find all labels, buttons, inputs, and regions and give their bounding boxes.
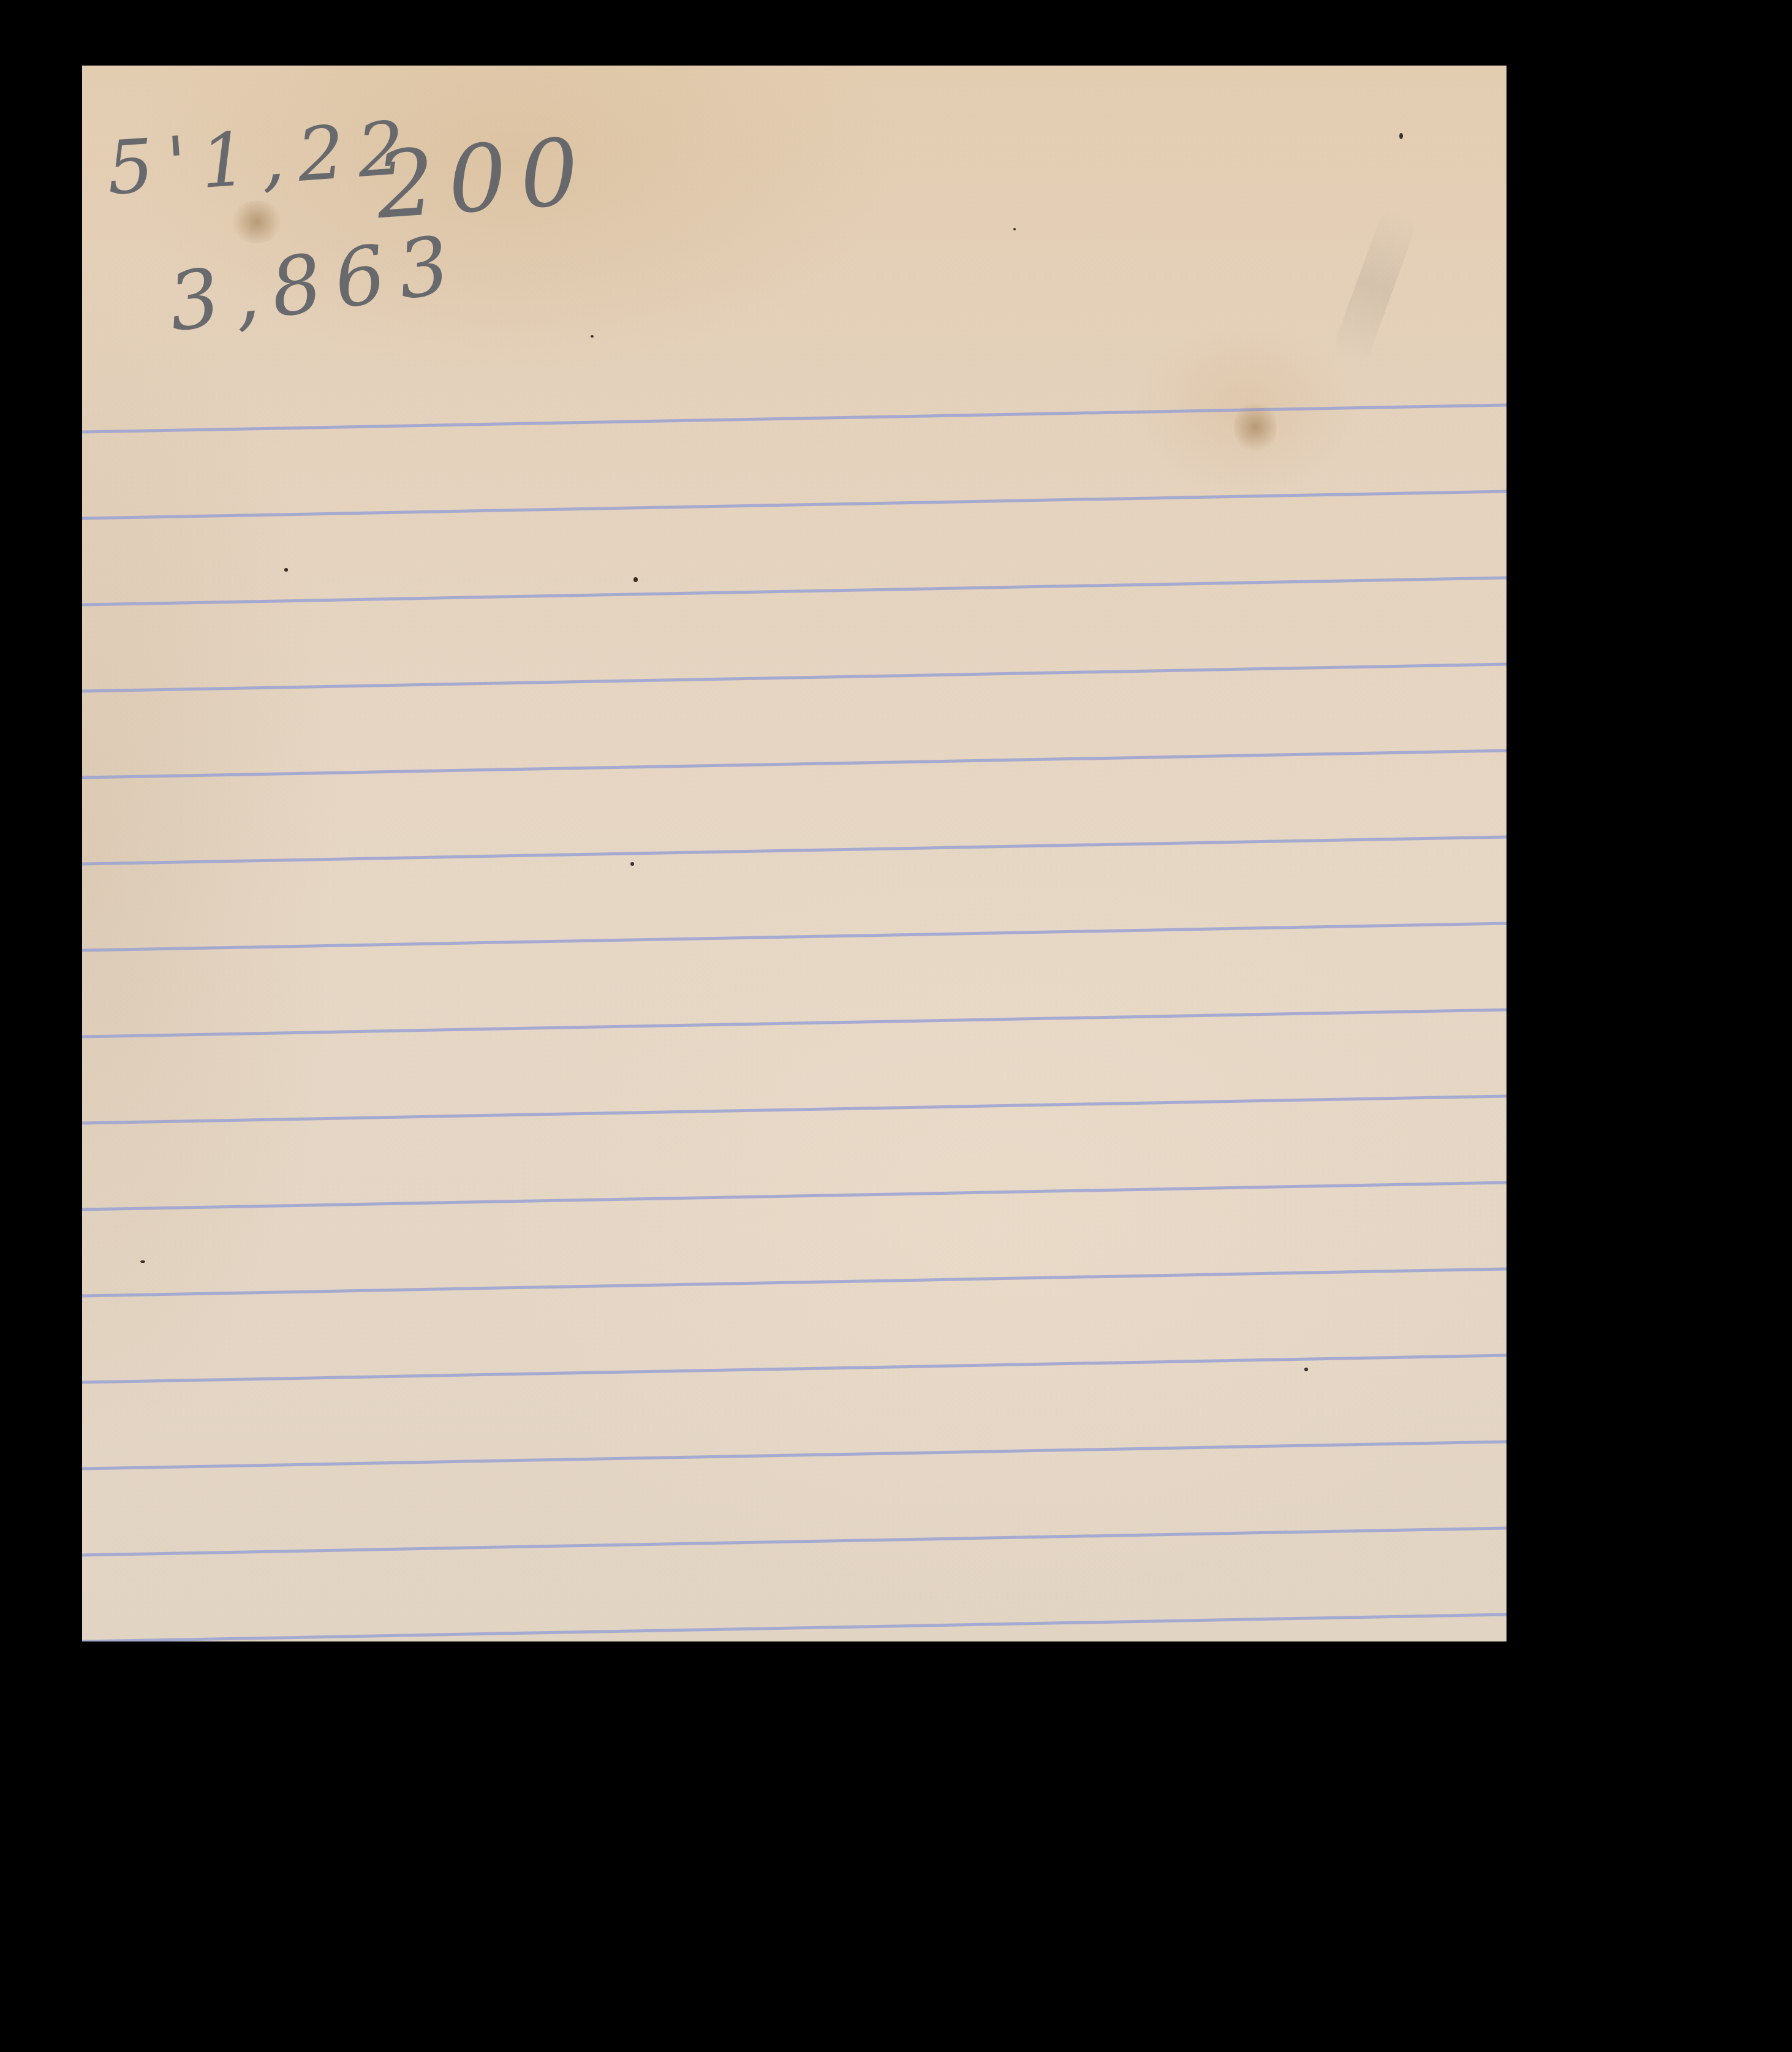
- ruled-line: [82, 578, 1507, 605]
- ruled-line: [82, 923, 1507, 950]
- ruled-line: [82, 1615, 1507, 1641]
- ruled-line: [82, 1183, 1507, 1210]
- ruled-line: [82, 837, 1507, 864]
- stain-mark: [1234, 399, 1277, 455]
- ruled-line: [82, 1010, 1507, 1037]
- speck: [630, 862, 634, 866]
- speck: [1399, 133, 1403, 139]
- handwritten-note-2: 200: [373, 126, 595, 232]
- notebook-page: 5'1,22 200 3,863: [82, 66, 1507, 1641]
- ruled-line: [82, 1355, 1507, 1382]
- handwritten-note-1: 5'1,22: [104, 111, 420, 206]
- ruled-line: [82, 1528, 1507, 1555]
- stain-mark: [229, 200, 284, 243]
- ruled-line: [82, 1096, 1507, 1123]
- speck: [591, 335, 594, 338]
- ruled-line: [82, 751, 1507, 778]
- ruled-line: [82, 491, 1507, 518]
- ruled-line: [82, 405, 1507, 432]
- ruled-line: [82, 664, 1507, 691]
- speck: [1013, 228, 1016, 230]
- speck: [633, 577, 638, 582]
- speck: [284, 568, 288, 572]
- ruled-line: [82, 1269, 1507, 1296]
- ruled-line: [82, 1442, 1507, 1469]
- speck: [1304, 1368, 1308, 1371]
- speck: [140, 1260, 145, 1263]
